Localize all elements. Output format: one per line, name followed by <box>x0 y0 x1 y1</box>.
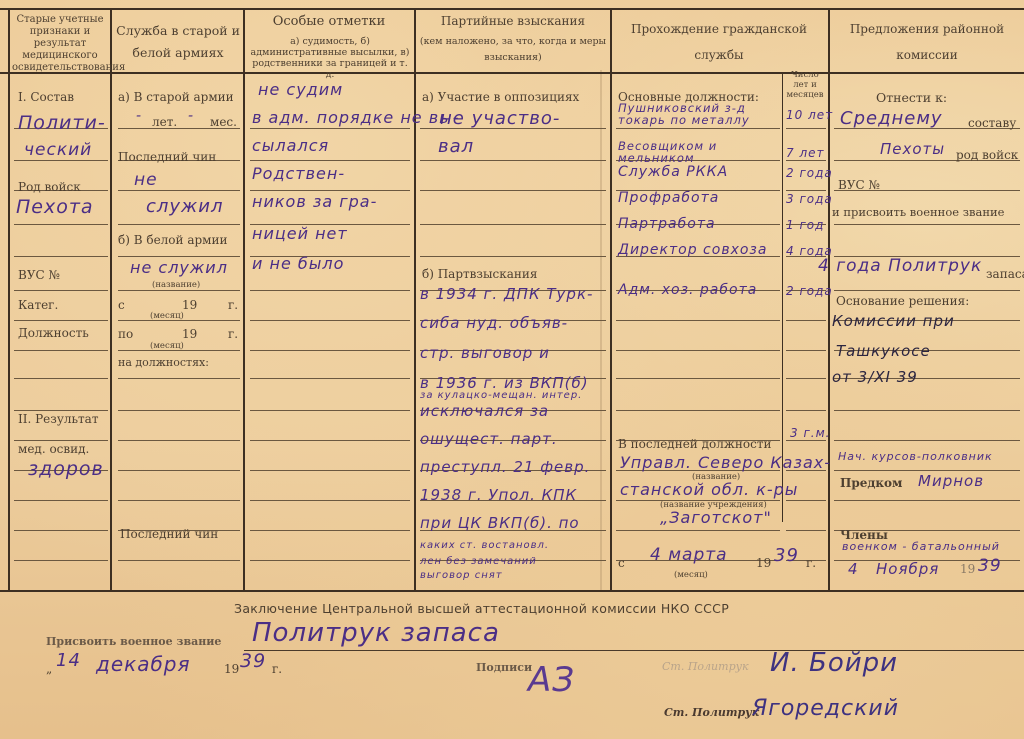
value-rod-voisk: Пехота <box>16 196 94 218</box>
position-name: Пушниковский з-д токарь по металлу <box>618 102 780 126</box>
rule-col2-11 <box>118 470 240 471</box>
paper-fold <box>600 70 602 590</box>
col-divider-1 <box>110 8 112 592</box>
rule-col1-8 <box>14 378 108 379</box>
value-opposition-1: не участво- <box>440 108 560 129</box>
value-basis-2: Ташкукосе <box>836 342 931 360</box>
value-final-year: 39 <box>240 650 266 672</box>
position-duration: 2 года <box>786 166 833 180</box>
rule-col1-9 <box>14 410 108 411</box>
value-opposition-2: вал <box>438 136 474 157</box>
label-years: лет. <box>152 115 177 129</box>
rule-col1-14 <box>14 560 108 561</box>
rule-col3-7 <box>250 350 410 351</box>
party-penalty-line: стр. выговор и <box>420 344 550 362</box>
value-final-month: декабря <box>96 652 191 676</box>
header-col4-title: Партийные взыскания <box>418 14 608 28</box>
header-col3-sub: а) судимость, б) административные высылк… <box>248 36 412 80</box>
label-vus-6: ВУС № <box>838 178 880 192</box>
label-vus: ВУС № <box>18 268 60 282</box>
party-penalty-line: преступл. 21 февр. <box>420 458 590 476</box>
rule-col3-10 <box>250 440 410 441</box>
label-rod-voisk: Род войск <box>18 180 81 194</box>
label-month-hint-1: (месяц) <box>150 311 184 321</box>
label-branch: род войск <box>956 148 1018 162</box>
rule-col2-12 <box>118 500 240 501</box>
label-chair: Предком <box>840 476 902 490</box>
label-reserve: запаса <box>986 267 1024 281</box>
label-from-g: г. <box>228 298 238 312</box>
rule-col3-13 <box>250 530 410 531</box>
rule-col4-3 <box>420 224 606 225</box>
position-name: Весовщиком и мельником <box>618 140 780 164</box>
col-divider-5 <box>828 8 830 592</box>
value-years: - <box>136 108 142 124</box>
rule-col5y-0 <box>786 128 826 129</box>
party-penalty-line: каких ст. востановл. <box>420 540 549 551</box>
party-penalty-line: 1938 г. Упол. КПК <box>420 486 577 504</box>
value-last-position-name: Управл. Северо Казах- <box>620 453 831 472</box>
rule-col5-0 <box>616 128 780 129</box>
rule-col4-2 <box>420 190 606 191</box>
col-divider-4 <box>610 8 612 592</box>
label-positions: на должностях: <box>118 356 209 369</box>
label-from-year: 19 <box>182 298 197 312</box>
value-start-date: 4 марта <box>650 545 728 565</box>
label-name-hint: (название) <box>152 280 200 290</box>
rule-col5-6 <box>616 320 780 321</box>
label-year-suffix-5: г. <box>806 556 816 570</box>
rule-col6-12 <box>834 500 1020 501</box>
col-divider-2 <box>243 8 245 592</box>
header-col4-sub: (кем наложено, за что, когда и меры взыс… <box>418 34 608 66</box>
conclusion-title: Заключение Центральной высшей аттестацио… <box>234 601 729 616</box>
rule-col3-9 <box>250 410 410 411</box>
rule-col1-6 <box>14 320 108 321</box>
position-name: Партработа <box>618 218 780 230</box>
rule-col3-6 <box>250 320 410 321</box>
rule-col3-2 <box>250 190 410 191</box>
label-final-year-suffix: г. <box>272 662 282 676</box>
value-members: военком - батальонный <box>842 540 1000 553</box>
position-duration: 2 года <box>786 284 833 298</box>
rule-col6-3 <box>834 224 1020 225</box>
special-notes-line: ников за гра- <box>252 192 377 211</box>
position-duration: 10 лет <box>786 108 833 122</box>
rule-col5y-6 <box>786 320 826 321</box>
label-white-army: б) В белой армии <box>118 233 228 247</box>
label-from-5: с <box>618 556 625 570</box>
rule-col2-14 <box>118 560 240 561</box>
party-penalty-line: сиба нуд. объяв- <box>420 314 568 332</box>
value-chair-signature: Мирнов <box>918 472 984 490</box>
header-col5: Прохождение гражданской службы <box>612 16 826 68</box>
rule-col3-12 <box>250 500 410 501</box>
label-from: с <box>118 298 125 312</box>
signature-2: Ягоредский <box>752 696 899 721</box>
label-assign: Отнести к: <box>876 90 947 105</box>
position-duration: 3 года <box>786 192 833 206</box>
rule-col5y-7 <box>786 350 826 351</box>
label-old-army: а) В старой армии <box>118 90 234 104</box>
party-penalty-line: лен без замечаний <box>420 556 537 567</box>
value-med-result: здоров <box>28 458 104 480</box>
party-penalty-line: выговор снят <box>420 570 503 581</box>
value-chair-note: Нач. курсов-полковник <box>838 450 993 463</box>
header-col6: Предложения районной комиссии <box>830 16 1024 68</box>
rule-col3-8 <box>250 378 410 379</box>
rule-col5-7 <box>616 350 780 351</box>
value-months: - <box>188 108 194 124</box>
rule-col1-3 <box>14 224 108 225</box>
value-year-6: 39 <box>978 556 1002 576</box>
label-assign-rank-final: Присвоить военное звание <box>46 635 221 648</box>
rule-col5y-9 <box>786 410 826 411</box>
rule-col1-12 <box>14 500 108 501</box>
value-basis-1: Комиссии при <box>832 312 955 330</box>
rule-col6-11 <box>834 470 1020 471</box>
rule-col2-3 <box>118 224 240 225</box>
label-months: мес. <box>210 115 237 129</box>
header-col3-title: Особые отметки <box>246 14 412 29</box>
label-year-prefix-6: 19 <box>960 562 975 576</box>
rule-col5y-10 <box>786 440 826 441</box>
label-result: II. Результат <box>18 412 98 426</box>
label-med-osvid: мед. освид. <box>18 442 89 456</box>
rule-col2-10 <box>118 440 240 441</box>
party-penalty-line: ошущест. парт. <box>420 430 558 448</box>
rule-col5y-8 <box>786 378 826 379</box>
value-institution: станской обл. к-ры <box>620 480 798 499</box>
party-penalty-line: при ЦК ВКП(б). по <box>420 514 580 532</box>
label-month-hint-2: (месяц) <box>150 341 184 351</box>
value-date-month-6: Ноября <box>876 560 939 578</box>
assign-rank-underline <box>244 650 1024 651</box>
col-divider-0 <box>8 8 10 592</box>
value-last-rank-2: служил <box>146 196 223 217</box>
label-kateg: Катег. <box>18 298 58 312</box>
value-branch: Пехоты <box>880 140 945 158</box>
rule-col2-4 <box>118 256 240 257</box>
party-penalty-line: за кулацко-мещан. интер. <box>420 390 582 401</box>
value-rank: 4 года Политрук <box>818 256 982 276</box>
rule-col5y-2 <box>786 190 826 191</box>
rule-col5-9 <box>616 410 780 411</box>
label-basis: Основание решения: <box>836 294 969 308</box>
stamp-rank-1: Ст. Политрук <box>662 660 749 673</box>
rule-col1-5 <box>14 290 108 291</box>
special-notes-line: ницей нет <box>252 224 348 243</box>
special-notes-line: не судим <box>258 80 343 99</box>
rule-col1-1 <box>14 160 108 161</box>
rule-col5-8 <box>616 378 780 379</box>
special-notes-line: в адм. порядке не вы- <box>252 108 460 127</box>
rule-col5y-1 <box>786 160 826 161</box>
rule-col1-7 <box>14 350 108 351</box>
label-sostav: I. Состав <box>18 90 74 104</box>
label-signatures: Подписи <box>476 661 532 674</box>
position-name: Служба РККА <box>618 166 780 178</box>
label-years-header: Число лет и месяцев <box>784 70 826 100</box>
rule-col2-5 <box>118 290 240 291</box>
rule-col3-14 <box>250 560 410 561</box>
special-notes-line: сылался <box>252 136 329 155</box>
rule-col3-1 <box>250 160 410 161</box>
stamp-rank-2: Ст. Политрук <box>664 706 759 719</box>
signature-az: АЗ <box>528 660 575 700</box>
value-start-year: 39 <box>774 545 799 566</box>
rule-col3-5 <box>250 290 410 291</box>
table-bottom-border <box>0 590 1024 592</box>
top-border <box>0 8 1024 10</box>
rule-col2-2 <box>118 190 240 191</box>
value-basis-3: от 3/XI 39 <box>832 368 918 386</box>
label-month-hint-5: (месяц) <box>674 570 708 580</box>
rule-col6-10 <box>834 440 1020 441</box>
rule-col4-4 <box>420 256 606 257</box>
party-penalty-line: исключался за <box>420 402 549 420</box>
label-year-prefix-5: 19 <box>756 556 771 570</box>
value-last-rank-1: не <box>134 170 158 190</box>
value-date-day-6: 4 <box>848 560 859 578</box>
label-final-year-prefix: 19 <box>224 662 239 676</box>
value-sostav-1: Полити- <box>18 112 106 134</box>
quote-mark: „ <box>46 662 52 676</box>
position-name: Профработа <box>618 192 780 204</box>
rule-col4-1 <box>420 160 606 161</box>
signature-1: И. Бойри <box>770 648 898 678</box>
rule-col3-0 <box>250 128 410 129</box>
label-to-year: 19 <box>182 327 197 341</box>
value-white-army: не служил <box>130 258 228 277</box>
label-last-rank: Последний чин <box>118 150 216 164</box>
header-col1: Старые учетные признаки и результат меди… <box>12 14 108 74</box>
label-to: по <box>118 327 133 341</box>
label-penalties: б) Партвзыскания <box>422 267 537 281</box>
col-divider-3 <box>414 8 416 592</box>
value-last-position-duration: 3 г.м. <box>790 426 830 440</box>
label-opposition: а) Участие в оппозициях <box>422 90 579 104</box>
position-name: Директор совхоза <box>618 244 780 256</box>
position-name: Адм. хоз. работа <box>618 284 780 296</box>
rule-col5y-12 <box>786 500 826 501</box>
position-duration: 7 лет <box>786 146 825 160</box>
rule-col2-9 <box>118 410 240 411</box>
label-last-rank-2: Последний чин <box>120 527 218 541</box>
special-notes-line: и не было <box>252 254 344 273</box>
special-notes-line: Родствен- <box>252 164 345 183</box>
value-sostav-2: ческий <box>24 140 92 160</box>
header-col2: Служба в старой и белой армиях <box>114 20 242 64</box>
position-duration: 1 год <box>786 218 824 232</box>
rule-col1-4 <box>14 256 108 257</box>
party-penalty-line: в 1934 г. ДПК Турк- <box>420 285 593 303</box>
value-assigned-rank: Политрук запаса <box>252 618 500 648</box>
label-dolzhnost: Должность <box>18 326 89 340</box>
header-bottom-border <box>0 72 1024 74</box>
rule-col2-8 <box>118 378 240 379</box>
rule-col1-13 <box>14 530 108 531</box>
rule-col3-11 <box>250 470 410 471</box>
label-staff: составу <box>968 116 1016 130</box>
value-staff: Среднему <box>840 108 943 129</box>
value-place: „Заготскот" <box>660 508 772 527</box>
rule-col6-5 <box>834 290 1020 291</box>
rule-col5-13 <box>616 530 780 531</box>
label-last-position: В последней должности <box>618 437 771 451</box>
rule-col5y-13 <box>786 530 826 531</box>
label-assign-rank: и присвоить военное звание <box>832 205 1004 219</box>
value-final-day: 14 <box>56 650 81 671</box>
label-to-g: г. <box>228 327 238 341</box>
rule-col1-10 <box>14 440 108 441</box>
rule-col6-9 <box>834 410 1020 411</box>
